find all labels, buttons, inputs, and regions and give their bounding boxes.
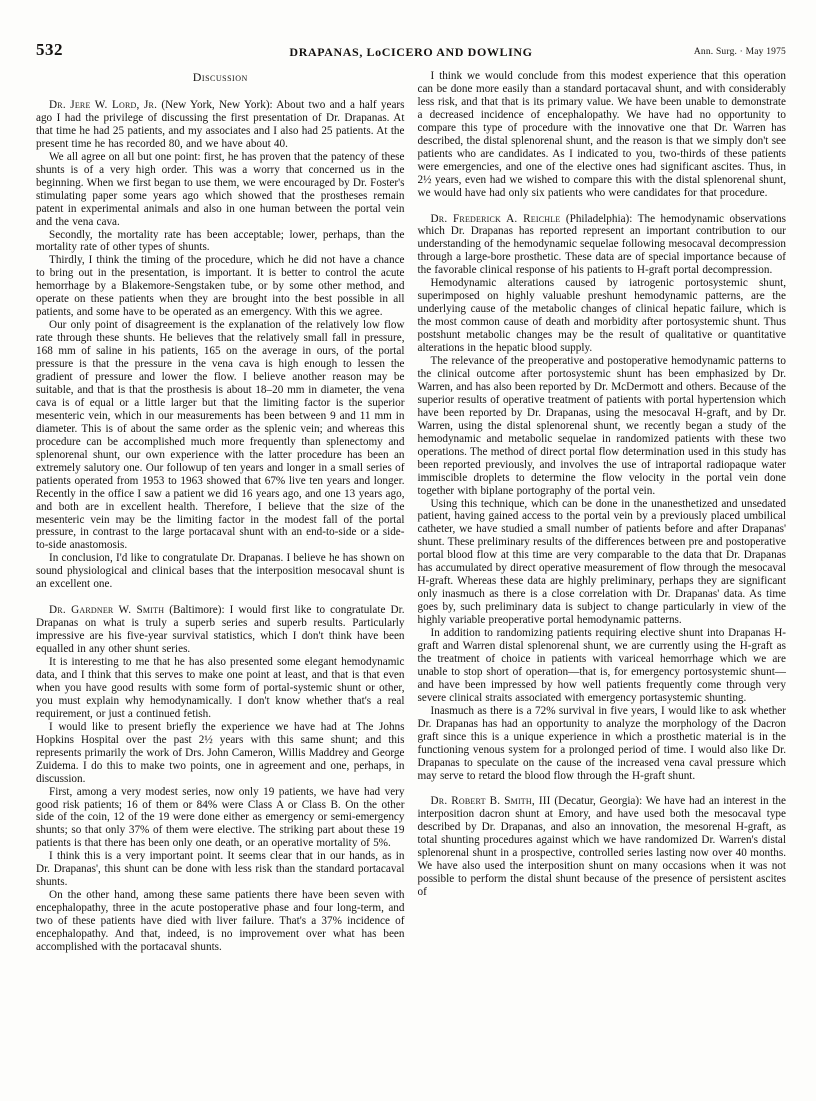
paragraph: First, among a very modest series, now o… [36, 786, 405, 851]
paragraph: I think we would conclude from this mode… [418, 70, 787, 200]
paragraph: Secondly, the mortality rate has been ac… [36, 229, 405, 255]
paragraph: I think this is a very important point. … [36, 850, 405, 889]
journal-reference: Ann. Surg. · May 1975 [694, 47, 786, 57]
right-column: I think we would conclude from this mode… [418, 70, 787, 954]
paragraph: Dr. Gardner W. Smith (Baltimore): I woul… [36, 604, 405, 656]
paragraph: Inasmuch as there is a 72% survival in f… [418, 705, 787, 783]
paragraph: Dr. Robert B. Smith, III (Decatur, Georg… [418, 795, 787, 899]
speaker-name: Dr. Gardner W. Smith [49, 604, 164, 616]
journal-page: 532 DRAPANAS, LoCICERO AND DOWLING Ann. … [0, 0, 816, 1101]
paragraph: Our only point of disagreement is the ex… [36, 319, 405, 552]
left-column: Discussion Dr. Jere W. Lord, Jr. (New Yo… [36, 70, 405, 954]
speaker-name: Dr. Robert B. Smith, III [431, 795, 551, 807]
paragraph: In conclusion, I'd like to congratulate … [36, 552, 405, 591]
paragraph: We all agree on all but one point: first… [36, 151, 405, 229]
paragraph: Thirdly, I think the timing of the proce… [36, 254, 405, 319]
paragraph: Hemodynamic alterations caused by iatrog… [418, 277, 787, 355]
paragraph: It is interesting to me that he has also… [36, 656, 405, 721]
two-column-body: Discussion Dr. Jere W. Lord, Jr. (New Yo… [36, 70, 786, 954]
paragraph: The relevance of the preoperative and po… [418, 355, 787, 497]
running-title: DRAPANAS, LoCICERO AND DOWLING [36, 45, 786, 60]
paragraph: In addition to randomizing patients requ… [418, 627, 787, 705]
speaker-name: Dr. Frederick A. Reichle [431, 213, 561, 225]
discussion-heading: Discussion [36, 70, 405, 85]
paragraph: On the other hand, among these same pati… [36, 889, 405, 954]
speaker-name: Dr. Jere W. Lord, Jr. [49, 99, 157, 111]
page-header: 532 DRAPANAS, LoCICERO AND DOWLING Ann. … [36, 40, 786, 62]
paragraph: Dr. Frederick A. Reichle (Philadelphia):… [418, 213, 787, 278]
paragraph: Dr. Jere W. Lord, Jr. (New York, New Yor… [36, 99, 405, 151]
paragraph: I would like to present briefly the expe… [36, 721, 405, 786]
paragraph: Using this technique, which can be done … [418, 498, 787, 628]
